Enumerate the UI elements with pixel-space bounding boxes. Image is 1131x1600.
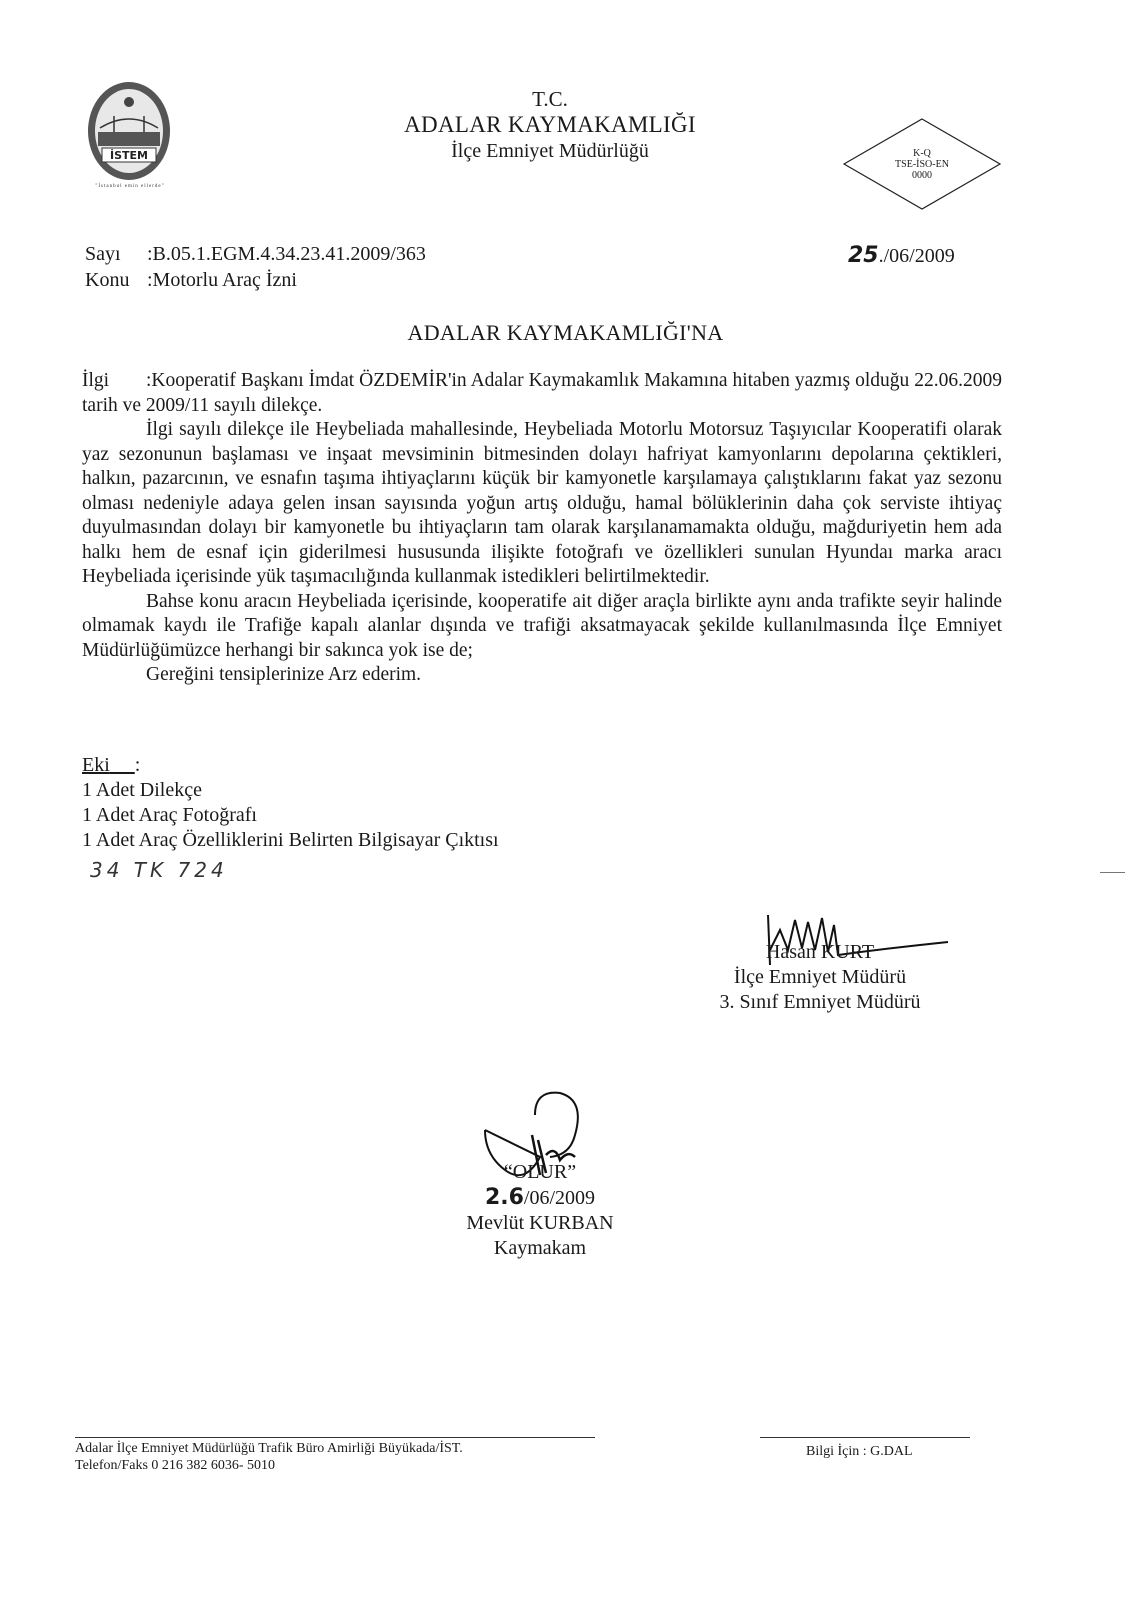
paragraph-1: İlgi sayılı dilekçe ile Heybeliada mahal… xyxy=(82,418,1002,590)
attachments: Eki : 1 Adet Dilekçe 1 Adet Araç Fotoğra… xyxy=(82,753,499,853)
signatory-name: Hasan KURT xyxy=(700,940,940,965)
closing-line: Gereğini tensiplerinize Arz ederim. xyxy=(82,663,1002,688)
sayi-label: Sayı xyxy=(85,241,147,267)
ilgi-reference: İlgi:Kooperatif Başkanı İmdat ÖZDEMİR'in… xyxy=(82,369,1002,418)
letterhead: T.C. ADALAR KAYMAKAMLIĞI İlçe Emniyet Mü… xyxy=(350,86,750,164)
signatory-rank: 3. Sınıf Emniyet Müdürü xyxy=(700,990,940,1015)
organization-name: ADALAR KAYMAKAMLIĞI xyxy=(350,112,750,138)
cert-line-3: 0000 xyxy=(842,170,1002,181)
konu-label: Konu xyxy=(85,267,147,293)
attachment-item: 1 Adet Dilekçe xyxy=(82,778,499,803)
approver-title: Kaymakam xyxy=(430,1236,650,1261)
ilgi-text: :Kooperatif Başkanı İmdat ÖZDEMİR'in Ada… xyxy=(82,370,1002,416)
istem-police-emblem-icon: İSTEM xyxy=(86,80,172,182)
footer-address: Adalar İlçe Emniyet Müdürlüğü Trafik Bür… xyxy=(75,1440,463,1457)
cert-line-2: TSE-İSO-EN xyxy=(842,159,1002,170)
addressee: ADALAR KAYMAKAMLIĞI'NA xyxy=(0,320,1131,346)
svg-text:İSTEM: İSTEM xyxy=(110,148,148,162)
footer-divider xyxy=(75,1437,595,1438)
approval-printed-date: /06/2009 xyxy=(524,1187,595,1209)
handwritten-day: 25 xyxy=(848,243,879,268)
approval-handwritten-day: 2.6 xyxy=(485,1185,524,1210)
attachments-heading: Eki : xyxy=(82,753,499,778)
approval-date: 2.6/06/2009 xyxy=(430,1185,650,1211)
eki-label: Eki xyxy=(82,754,110,776)
signatory-title: İlçe Emniyet Müdürü xyxy=(700,965,940,990)
unit-name: İlçe Emniyet Müdürlüğü xyxy=(350,138,750,164)
country-label: T.C. xyxy=(350,86,750,112)
approver-name: Mevlüt KURBAN xyxy=(430,1211,650,1236)
letter-body: İlgi:Kooperatif Başkanı İmdat ÖZDEMİR'in… xyxy=(82,369,1002,688)
footer-phone: Telefon/Faks 0 216 382 6036- 5010 xyxy=(75,1457,463,1474)
signatory-block: Hasan KURT İlçe Emniyet Müdürü 3. Sınıf … xyxy=(700,940,940,1015)
footer-divider xyxy=(760,1437,970,1438)
olur-label: “OLUR” xyxy=(430,1160,650,1185)
istem-logo: İSTEM xyxy=(86,80,172,182)
attachment-item: 1 Adet Araç Fotoğrafı xyxy=(82,803,499,828)
printed-date: ./06/2009 xyxy=(879,245,955,267)
handwritten-plate-number: 34 TK 724 xyxy=(90,858,228,882)
document-date: 25./06/2009 xyxy=(848,243,955,268)
attachment-item: 1 Adet Araç Özelliklerini Belirten Bilgi… xyxy=(82,828,499,853)
sayi-value: :B.05.1.EGM.4.34.23.41.2009/363 xyxy=(147,243,426,265)
ilgi-label: İlgi xyxy=(82,369,146,394)
approval-block: “OLUR” 2.6/06/2009 Mevlüt KURBAN Kaymaka… xyxy=(430,1160,650,1261)
footer-contact: Adalar İlçe Emniyet Müdürlüğü Trafik Bür… xyxy=(75,1440,463,1474)
footer-info: Bilgi İçin : G.DAL xyxy=(806,1444,913,1460)
margin-mark xyxy=(1100,872,1125,873)
logo-motto: "İstanbul emin ellerde" xyxy=(70,184,190,189)
cert-line-1: K-Q xyxy=(842,148,1002,159)
konu-value: :Motorlu Araç İzni xyxy=(147,269,297,291)
paragraph-2: Bahse konu aracın Heybeliada içerisinde,… xyxy=(82,590,1002,664)
certification-text: K-Q TSE-İSO-EN 0000 xyxy=(842,148,1002,181)
document-meta: Sayı:B.05.1.EGM.4.34.23.41.2009/363 Konu… xyxy=(85,241,426,293)
eki-colon: : xyxy=(135,754,141,776)
